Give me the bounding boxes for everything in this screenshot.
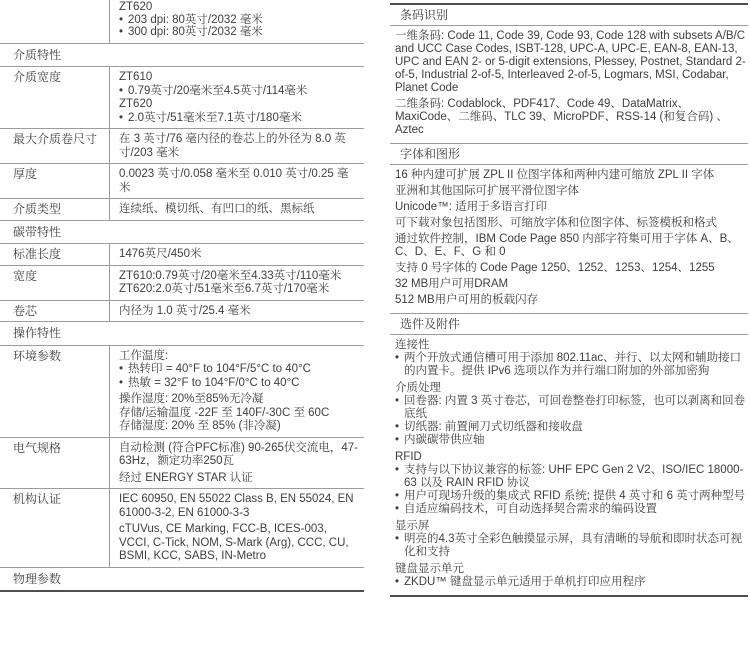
section-barcode-symbologies: 条码识别 一维条码: Code 11, Code 39, Code 93, Co… [390, 5, 748, 143]
section-header-physical: 物理参数 [0, 568, 364, 593]
spec-line: 热转印 = 40°F to 104°F/5°C to 40°C [119, 363, 358, 377]
spec-line: 203 dpi: 80英寸/2032 毫米 [119, 14, 358, 27]
fonts-line: Unicode™: 适用于多语言打印 [395, 201, 746, 214]
spec-line: 存储/运输温度 -22F 至 140F/-30C 至 60C [119, 407, 358, 421]
option-bullet: 用户可现场升级的集成式 RFID 系统; 提供 4 英寸和 6 英寸两种型号 [395, 490, 746, 503]
option-bullet: 切纸器: 前置闸刀式切纸器和接收盘 [395, 421, 746, 434]
spec-line: 2.0英寸/51毫米至7.1英寸/180毫米 [119, 112, 358, 126]
table-row: 电气规格 自动检测 (符合PFC标准) 90-265伏交流电，47-63Hz，额… [0, 438, 364, 490]
option-bullet: 回卷器: 内置 3 英寸卷芯，可回卷整卷打印标签，也可以剥离和回卷底纸 [395, 395, 746, 421]
spec-value: ZT620 203 dpi: 80英寸/2032 毫米 300 dpi: 80英… [109, 0, 364, 43]
fonts-line: 32 MB用户可用DRAM [395, 278, 746, 291]
table-row: 介质类型 连续纸、模切纸、有凹口的纸、黑标纸 [0, 199, 364, 221]
option-group-heading: 介质处理 [395, 382, 746, 395]
spec-label: 机构认证 [0, 489, 109, 567]
table-row: ZT620 203 dpi: 80英寸/2032 毫米 300 dpi: 80英… [0, 0, 364, 44]
spec-label: 宽度 [0, 266, 109, 300]
spec-label [0, 0, 109, 43]
spec-line: ZT610 [119, 71, 358, 85]
section-title: 选件及附件 [390, 314, 748, 335]
spec-label: 介质宽度 [0, 67, 109, 128]
spec-value: ZT610:0.79英寸/20毫米至4.33英寸/110毫米 ZT620:2.0… [109, 266, 364, 300]
table-row: 卷芯 内径为 1.0 英寸/25.4 毫米 [0, 301, 364, 323]
spec-label: 最大介质卷尺寸 [0, 129, 109, 163]
option-group-keyboard-display-unit: 键盘显示单元 ZKDU™ 键盘显示单元适用于单机打印应用程序 [395, 563, 746, 589]
spec-line: 经过 ENERGY STAR 认证 [119, 472, 358, 486]
spec-line: 自动检测 (符合PFC标准) 90-265伏交流电，47-63Hz，额定功率25… [119, 442, 358, 469]
spec-line: 连续纸、模切纸、有凹口的纸、黑标纸 [119, 203, 358, 217]
option-bullet: ZKDU™ 键盘显示单元适用于单机打印应用程序 [395, 576, 746, 589]
option-group-heading: RFID [395, 451, 746, 464]
option-bullet: 两个开放式通信槽可用于添加 802.11ac、并行、以太网和辅助接口的内置卡。提… [395, 352, 746, 378]
spec-value: 1476英尺/450米 [109, 244, 364, 265]
section-options-accessories: 选件及附件 连接性 两个开放式通信槽可用于添加 802.11ac、并行、以太网和… [390, 313, 748, 595]
table-row: 最大介质卷尺寸 在 3 英寸/76 毫内径的卷芯上的外径为 8.0 英寸/203… [0, 129, 364, 164]
spec-value: 自动检测 (符合PFC标准) 90-265伏交流电，47-63Hz，额定功率25… [109, 438, 364, 489]
spec-line: ZT620 [119, 1, 358, 14]
spec-line: 存储湿度: 20% 至 85% (非冷凝) [119, 420, 358, 434]
spec-line: 热敏 = 32°F to 104°F/0°C to 40°C [119, 377, 358, 391]
spec-line: 0.79英寸/20毫米至4.5英寸/114毫米 [119, 85, 358, 99]
spec-label: 电气规格 [0, 438, 109, 489]
spec-line: ZT610:0.79英寸/20毫米至4.33英寸/110毫米 [119, 270, 358, 284]
section-title: 条码识别 [390, 5, 748, 26]
fonts-line: 可下载对象包括图形、可缩放字体和位图字体、标签模板和格式 [395, 217, 746, 230]
table-row: 宽度 ZT610:0.79英寸/20毫米至4.33英寸/110毫米 ZT620:… [0, 266, 364, 301]
option-group-heading: 连接性 [395, 339, 746, 352]
option-bullet: 内碳碳带供应轴 [395, 434, 746, 447]
section-header-media: 介质特性 [0, 44, 364, 68]
spec-label: 介质类型 [0, 199, 109, 220]
spec-line: ZT620:2.0英寸/51毫米至6.7英寸/170毫米 [119, 283, 358, 297]
section-header-ribbon: 碳带特性 [0, 221, 364, 245]
spec-line: 300 dpi: 80英寸/2032 毫米 [119, 26, 358, 39]
barcode-2d-list: 二维条码: Codablock、PDF417、Code 49、DataMatri… [395, 98, 746, 137]
spec-line: cTUVus, CE Marking, FCC-B, ICES-003, VCC… [119, 523, 358, 564]
spec-value: ZT610 0.79英寸/20毫米至4.5英寸/114毫米 ZT620 2.0英… [109, 67, 364, 128]
barcode-1d-list: 一维条码: Code 11, Code 39, Code 93, Code 12… [395, 30, 746, 95]
section-title: 字体和图形 [390, 144, 748, 165]
section-fonts-graphics: 字体和图形 16 种内建可扩展 ZPL II 位图字体和两种内建可缩放 ZPL … [390, 143, 748, 313]
spec-line: 在 3 英寸/76 毫内径的卷芯上的外径为 8.0 英寸/203 毫米 [119, 133, 358, 160]
spec-value: 内径为 1.0 英寸/25.4 毫米 [109, 301, 364, 322]
fonts-line: 亚洲和其他国际可扩展平滑位图字体 [395, 185, 746, 198]
option-group-heading: 键盘显示单元 [395, 563, 746, 576]
section-body: 16 种内建可扩展 ZPL II 位图字体和两种内建可缩放 ZPL II 字体 … [390, 165, 748, 313]
section-body: 一维条码: Code 11, Code 39, Code 93, Code 12… [390, 26, 748, 143]
table-row: 标准长度 1476英尺/450米 [0, 244, 364, 266]
spec-line: ZT620 [119, 98, 358, 112]
table-row: 机构认证 IEC 60950, EN 55022 Class B, EN 550… [0, 489, 364, 568]
spec-value: 工作温度: 热转印 = 40°F to 104°F/5°C to 40°C 热敏… [109, 346, 364, 437]
spec-value: IEC 60950, EN 55022 Class B, EN 55024, E… [109, 489, 364, 567]
spec-label: 卷芯 [0, 301, 109, 322]
spec-line: 内径为 1.0 英寸/25.4 毫米 [119, 305, 358, 319]
fonts-line: 512 MB用户可用的板载闪存 [395, 294, 746, 307]
spec-value: 在 3 英寸/76 毫内径的卷芯上的外径为 8.0 英寸/203 毫米 [109, 129, 364, 163]
section-body: 连接性 两个开放式通信槽可用于添加 802.11ac、并行、以太网和辅助接口的内… [390, 335, 748, 595]
spec-label: 厚度 [0, 164, 109, 198]
spec-value: 连续纸、模切纸、有凹口的纸、黑标纸 [109, 199, 364, 220]
option-group-heading: 显示屏 [395, 520, 746, 533]
table-row: 环境参数 工作温度: 热转印 = 40°F to 104°F/5°C to 40… [0, 346, 364, 438]
spec-line: 1476英尺/450米 [119, 248, 358, 262]
spec-line: 操作湿度: 20%至85%无冷凝 [119, 393, 358, 407]
spec-label: 标准长度 [0, 244, 109, 265]
spec-line: IEC 60950, EN 55022 Class B, EN 55024, E… [119, 493, 358, 520]
section-header-operating: 操作特性 [0, 322, 364, 346]
option-group-rfid: RFID 支持与以下协议兼容的标签: UHF EPC Gen 2 V2、ISO/… [395, 451, 746, 516]
right-column: 条码识别 一维条码: Code 11, Code 39, Code 93, Co… [390, 3, 748, 597]
spec-value: 0.0023 英寸/0.058 毫米至 0.010 英寸/0.25 毫米 [109, 164, 364, 198]
option-group-media-handling: 介质处理 回卷器: 内置 3 英寸卷芯，可回卷整卷打印标签，也可以剥离和回卷底纸… [395, 382, 746, 447]
fonts-line: 通过软件控制，IBM Code Page 850 内部字符集可用于字体 A、B、… [395, 233, 746, 259]
option-group-connectivity: 连接性 两个开放式通信槽可用于添加 802.11ac、并行、以太网和辅助接口的内… [395, 339, 746, 378]
fonts-line: 支持 0 号字体的 Code Page 1250、1252、1253、1254、… [395, 262, 746, 275]
spec-label: 环境参数 [0, 346, 109, 437]
option-bullet: 明亮的4.3英寸全彩色触摸显示屏，具有清晰的导航和即时状态可视化和支持 [395, 533, 746, 559]
fonts-line: 16 种内建可扩展 ZPL II 位图字体和两种内建可缩放 ZPL II 字体 [395, 169, 746, 182]
option-bullet: 支持与以下协议兼容的标签: UHF EPC Gen 2 V2、ISO/IEC 1… [395, 464, 746, 490]
option-bullet: 自适应编码技术，可自动选择契合需求的编码设置 [395, 503, 746, 516]
spec-line: 0.0023 英寸/0.058 毫米至 0.010 英寸/0.25 毫米 [119, 168, 358, 195]
spec-line: 工作温度: [119, 350, 358, 364]
option-group-display: 显示屏 明亮的4.3英寸全彩色触摸显示屏，具有清晰的导航和即时状态可视化和支持 [395, 520, 746, 559]
specifications-table: ZT620 203 dpi: 80英寸/2032 毫米 300 dpi: 80英… [0, 0, 364, 592]
table-row: 厚度 0.0023 英寸/0.058 毫米至 0.010 英寸/0.25 毫米 [0, 164, 364, 199]
table-row: 介质宽度 ZT610 0.79英寸/20毫米至4.5英寸/114毫米 ZT620… [0, 67, 364, 129]
